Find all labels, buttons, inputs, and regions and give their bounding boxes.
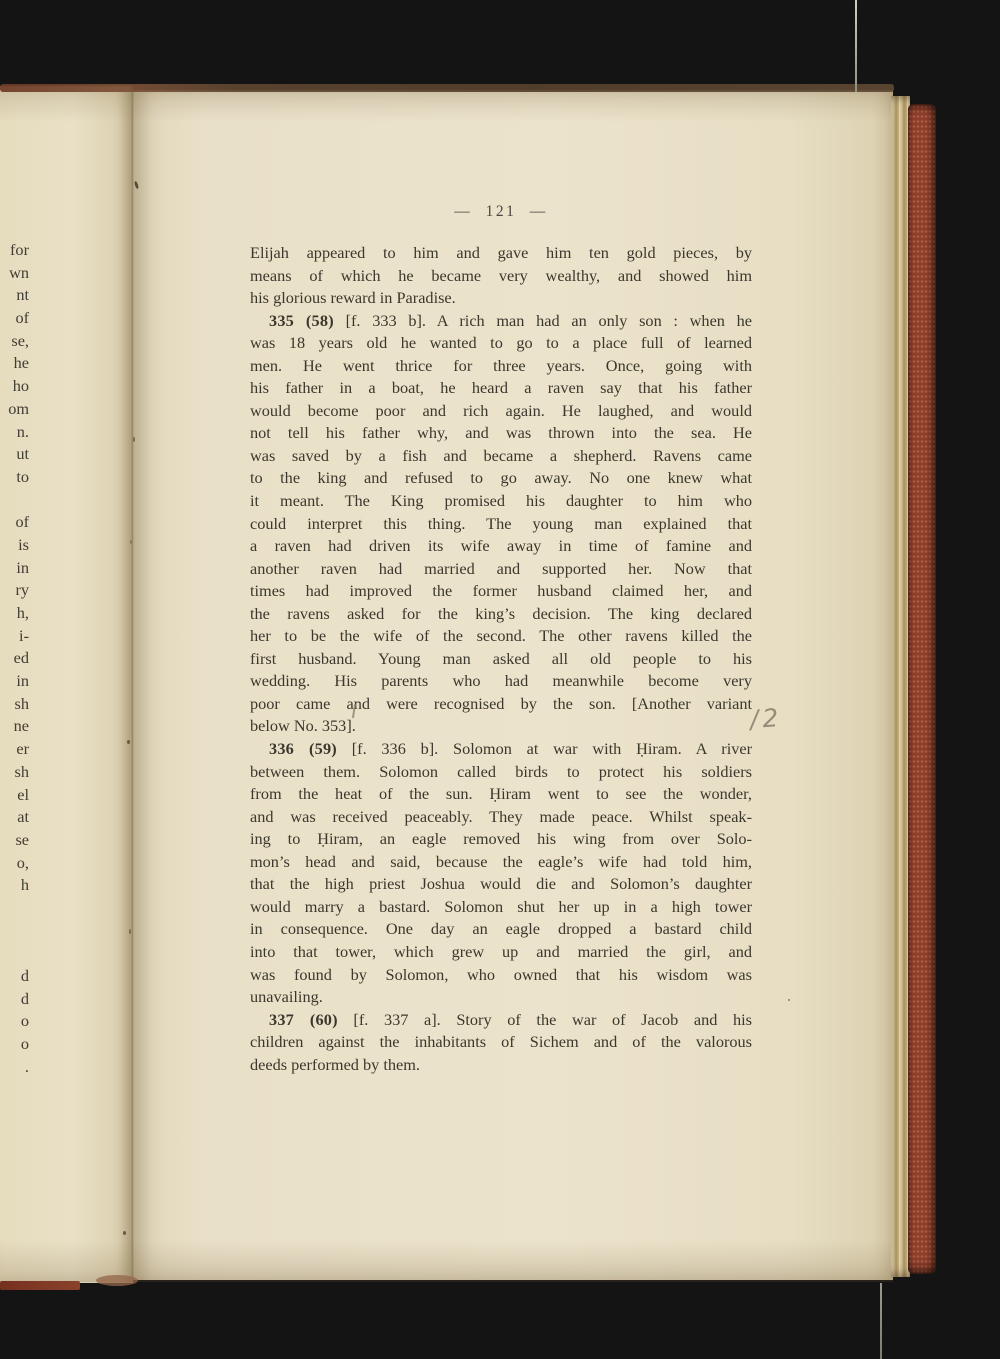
text-line: poor came and were recognised by the son…	[250, 693, 752, 716]
left-page-text-fragment: in	[0, 557, 29, 580]
left-page-text-fragment: h	[0, 874, 29, 897]
gutter-bottom-smudge	[96, 1275, 138, 1286]
text-line: was found by Solomon, who owned that his…	[250, 964, 752, 987]
text-line: could interpret this thing. The young ma…	[250, 513, 752, 536]
retaining-string-top	[855, 0, 857, 92]
left-page-text-fragment: o,	[0, 852, 29, 875]
left-page-text-fragment: d	[0, 988, 29, 1011]
left-page-text-fragment: .	[0, 1056, 29, 1079]
left-page-text-fragment: to	[0, 466, 29, 489]
text-block: Elijah appeared to him and gave him ten …	[250, 242, 752, 1076]
left-page-text-fragment: he	[0, 352, 29, 375]
left-page-text-fragment: is	[0, 534, 29, 557]
left-page-text-fragment: ut	[0, 443, 29, 466]
text-line: wedding. His parents who had meanwhile b…	[250, 670, 752, 693]
left-page-fragments: forwnntofse,hehoomn.utto ofisinryh,i-edi…	[0, 239, 29, 1078]
left-page-text-fragment: at	[0, 806, 29, 829]
text-line: not tell his father why, and was thrown …	[250, 422, 752, 445]
text-line: and was received peaceably. They made pe…	[250, 806, 752, 829]
left-page-text-fragment: sh	[0, 693, 29, 716]
text-line: children against the inhabitants of Sich…	[250, 1031, 752, 1054]
text-line: it meant. The King promised his daughter…	[250, 490, 752, 513]
text-line: unavailing.	[250, 986, 752, 1009]
left-page-text-fragment	[0, 920, 29, 943]
left-page-text-fragment: ne	[0, 715, 29, 738]
text-line: would become poor and rich again. He lau…	[250, 400, 752, 423]
left-page-text-fragment: sh	[0, 761, 29, 784]
left-page-text-fragment: o	[0, 1010, 29, 1033]
left-page-text-fragment: se,	[0, 330, 29, 353]
entry-number: 336 (59)	[269, 739, 337, 758]
page-speck	[123, 1231, 126, 1235]
text-line: times had improved the former husband cl…	[250, 580, 752, 603]
text-line: in consequence. One day an eagle dropped…	[250, 918, 752, 941]
left-page-text-fragment	[0, 942, 29, 965]
left-page-text-fragment: of	[0, 307, 29, 330]
text-line: men. He went thrice for three years. Onc…	[250, 355, 752, 378]
left-page-text-fragment: nt	[0, 284, 29, 307]
text-line: that the high priest Joshua would die an…	[250, 873, 752, 896]
text-line: was saved by a fish and became a shepher…	[250, 445, 752, 468]
page-number: — 121 —	[250, 203, 752, 227]
left-page-text-fragment: h,	[0, 602, 29, 625]
entry-number: 337 (60)	[269, 1010, 338, 1029]
entry-number: 335 (58)	[269, 311, 334, 330]
left-page-text-fragment: ho	[0, 375, 29, 398]
text-line: 337 (60) [f. 337 a]. Story of the war of…	[250, 1009, 752, 1032]
left-page-text-fragment: in	[0, 670, 29, 693]
paragraph: 336 (59) [f. 336 b]. Solomon at war with…	[250, 738, 752, 1009]
text-line: Elijah appeared to him and gave him ten …	[250, 242, 752, 265]
paragraph: Elijah appeared to him and gave him ten …	[250, 242, 752, 310]
text-line: her to be the wife of the second. The ot…	[250, 625, 752, 648]
photo-background: forwnntofse,hehoomn.utto ofisinryh,i-edi…	[0, 0, 1000, 1359]
margin-note-pencil: /2	[749, 703, 783, 734]
cover-bottom-edge	[0, 1281, 80, 1290]
text-line: first husband. Young man asked all old p…	[250, 648, 752, 671]
text-line: would marry a bastard. Solomon shut her …	[250, 896, 752, 919]
text-line: another raven had married and supported …	[250, 558, 752, 581]
left-page-text-fragment: d	[0, 965, 29, 988]
left-page-text-fragment: n.	[0, 421, 29, 444]
page-speck	[127, 740, 130, 744]
left-page-text-fragment: for	[0, 239, 29, 262]
text-line: a raven had driven its wife away in time…	[250, 535, 752, 558]
text-line: his glorious reward in Paradise.	[250, 287, 752, 310]
gutter-crease	[131, 88, 134, 1280]
left-page-text-fragment: i-	[0, 625, 29, 648]
text-line: ing to Ḥiram, an eagle removed his wing …	[250, 828, 752, 851]
retaining-string-bottom	[880, 1283, 882, 1359]
text-line: his father in a boat, he heard a raven s…	[250, 377, 752, 400]
left-page-text-fragment	[0, 897, 29, 920]
text-line: deeds performed by them.	[250, 1054, 752, 1077]
text-line: mon’s head and said, because the eagle’s…	[250, 851, 752, 874]
page-speck	[133, 437, 135, 442]
left-page-text-fragment: wn	[0, 262, 29, 285]
paragraph: 335 (58) [f. 333 b]. A rich man had an o…	[250, 310, 752, 738]
text-line: into that tower, which grew up and marri…	[250, 941, 752, 964]
text-line: below No. 353].	[250, 715, 752, 738]
left-page-text-fragment: ed	[0, 647, 29, 670]
book-cover	[908, 104, 936, 1274]
page-speck	[788, 999, 790, 1001]
page-top-edge	[0, 84, 894, 92]
text-line: 335 (58) [f. 333 b]. A rich man had an o…	[250, 310, 752, 333]
left-page-text-fragment: om	[0, 398, 29, 421]
text-line: to the king and refused to go away. No o…	[250, 467, 752, 490]
left-page-text-fragment: el	[0, 784, 29, 807]
paragraph: 337 (60) [f. 337 a]. Story of the war of…	[250, 1009, 752, 1077]
left-page-text-fragment: er	[0, 738, 29, 761]
page-speck	[130, 540, 132, 544]
page-speck	[129, 929, 131, 934]
left-page-text-fragment: of	[0, 511, 29, 534]
text-line: was 18 years old he wanted to go to a pl…	[250, 332, 752, 355]
text-line: between them. Solomon called birds to pr…	[250, 761, 752, 784]
left-page-text-fragment: o	[0, 1033, 29, 1056]
left-page-text-fragment	[0, 489, 29, 512]
left-page-text-fragment: ry	[0, 579, 29, 602]
text-line: from the heat of the sun. Ḥiram went to …	[250, 783, 752, 806]
text-line: the ravens asked for the king’s decision…	[250, 603, 752, 626]
left-page-text-fragment: se	[0, 829, 29, 852]
text-line: means of which he became very wealthy, a…	[250, 265, 752, 288]
text-line: 336 (59) [f. 336 b]. Solomon at war with…	[250, 738, 752, 761]
